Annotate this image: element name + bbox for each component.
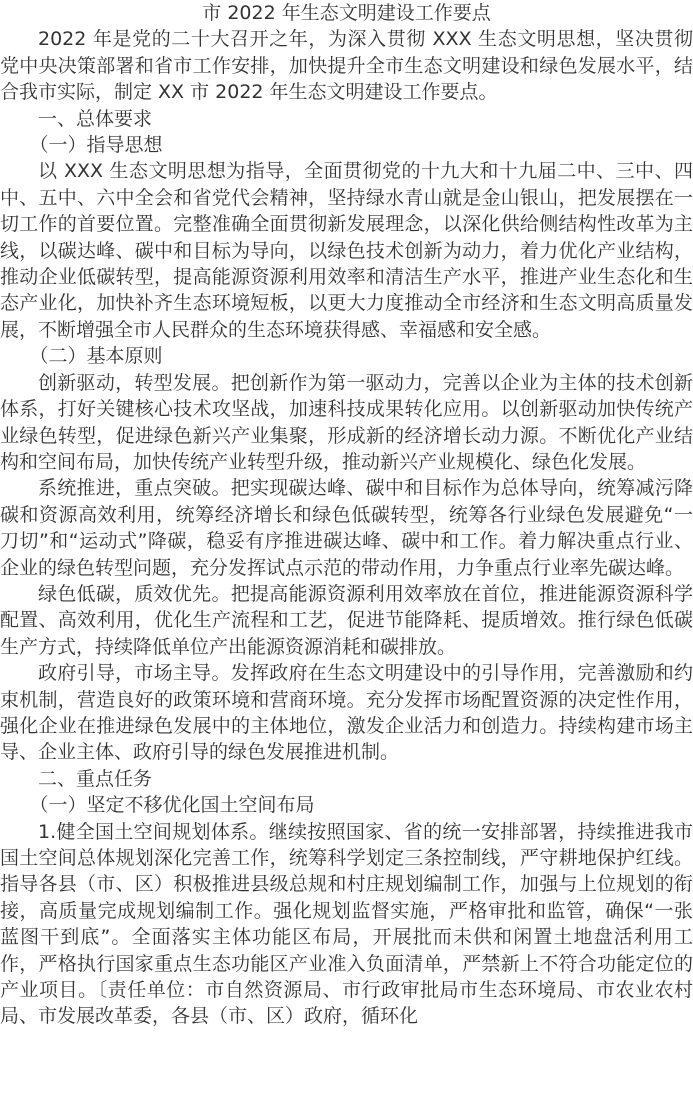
document-title: 市 2022 年生态文明建设工作要点 xyxy=(0,0,693,26)
principle-government-guidance-paragraph: 政府引导，市场主导。发挥政府在生态文明建设中的引导作用，完善激励和约束机制，营造… xyxy=(0,660,693,766)
subsection-heading-basic-principles: （二）基本原则 xyxy=(0,343,693,369)
intro-paragraph: 2022 年是党的二十大召开之年，为深入贯彻 XXX 生态文明思想，坚决贯彻党中… xyxy=(0,26,693,105)
subsection-heading-spatial-layout: （一）坚定不移优化国土空间布局 xyxy=(0,792,693,818)
task-item-spatial-planning-paragraph: 1.健全国土空间规划体系。继续按照国家、省的统一安排部署，持续推进我市国土空间总… xyxy=(0,819,693,1030)
section-heading-key-tasks: 二、重点任务 xyxy=(0,766,693,792)
principle-systematic-paragraph: 系统推进，重点突破。把实现碳达峰、碳中和目标作为总体导向，统筹减污降碳和资源高效… xyxy=(0,475,693,581)
document: 市 2022 年生态文明建设工作要点 2022 年是党的二十大召开之年，为深入贯… xyxy=(0,0,693,1030)
principle-green-low-carbon-paragraph: 绿色低碳，质效优先。把提高能源资源利用效率放在首位，推进能源资源科学配置、高效利… xyxy=(0,581,693,660)
principle-innovation-paragraph: 创新驱动，转型发展。把创新作为第一驱动力，完善以企业为主体的技术创新体系，打好关… xyxy=(0,370,693,476)
section-heading-overall-requirements: 一、总体要求 xyxy=(0,106,693,132)
subsection-heading-guiding-ideology: （一）指导思想 xyxy=(0,132,693,158)
guiding-ideology-paragraph: 以 XXX 生态文明思想为指导，全面贯彻党的十九大和十九届二中、三中、四中、五中… xyxy=(0,158,693,343)
